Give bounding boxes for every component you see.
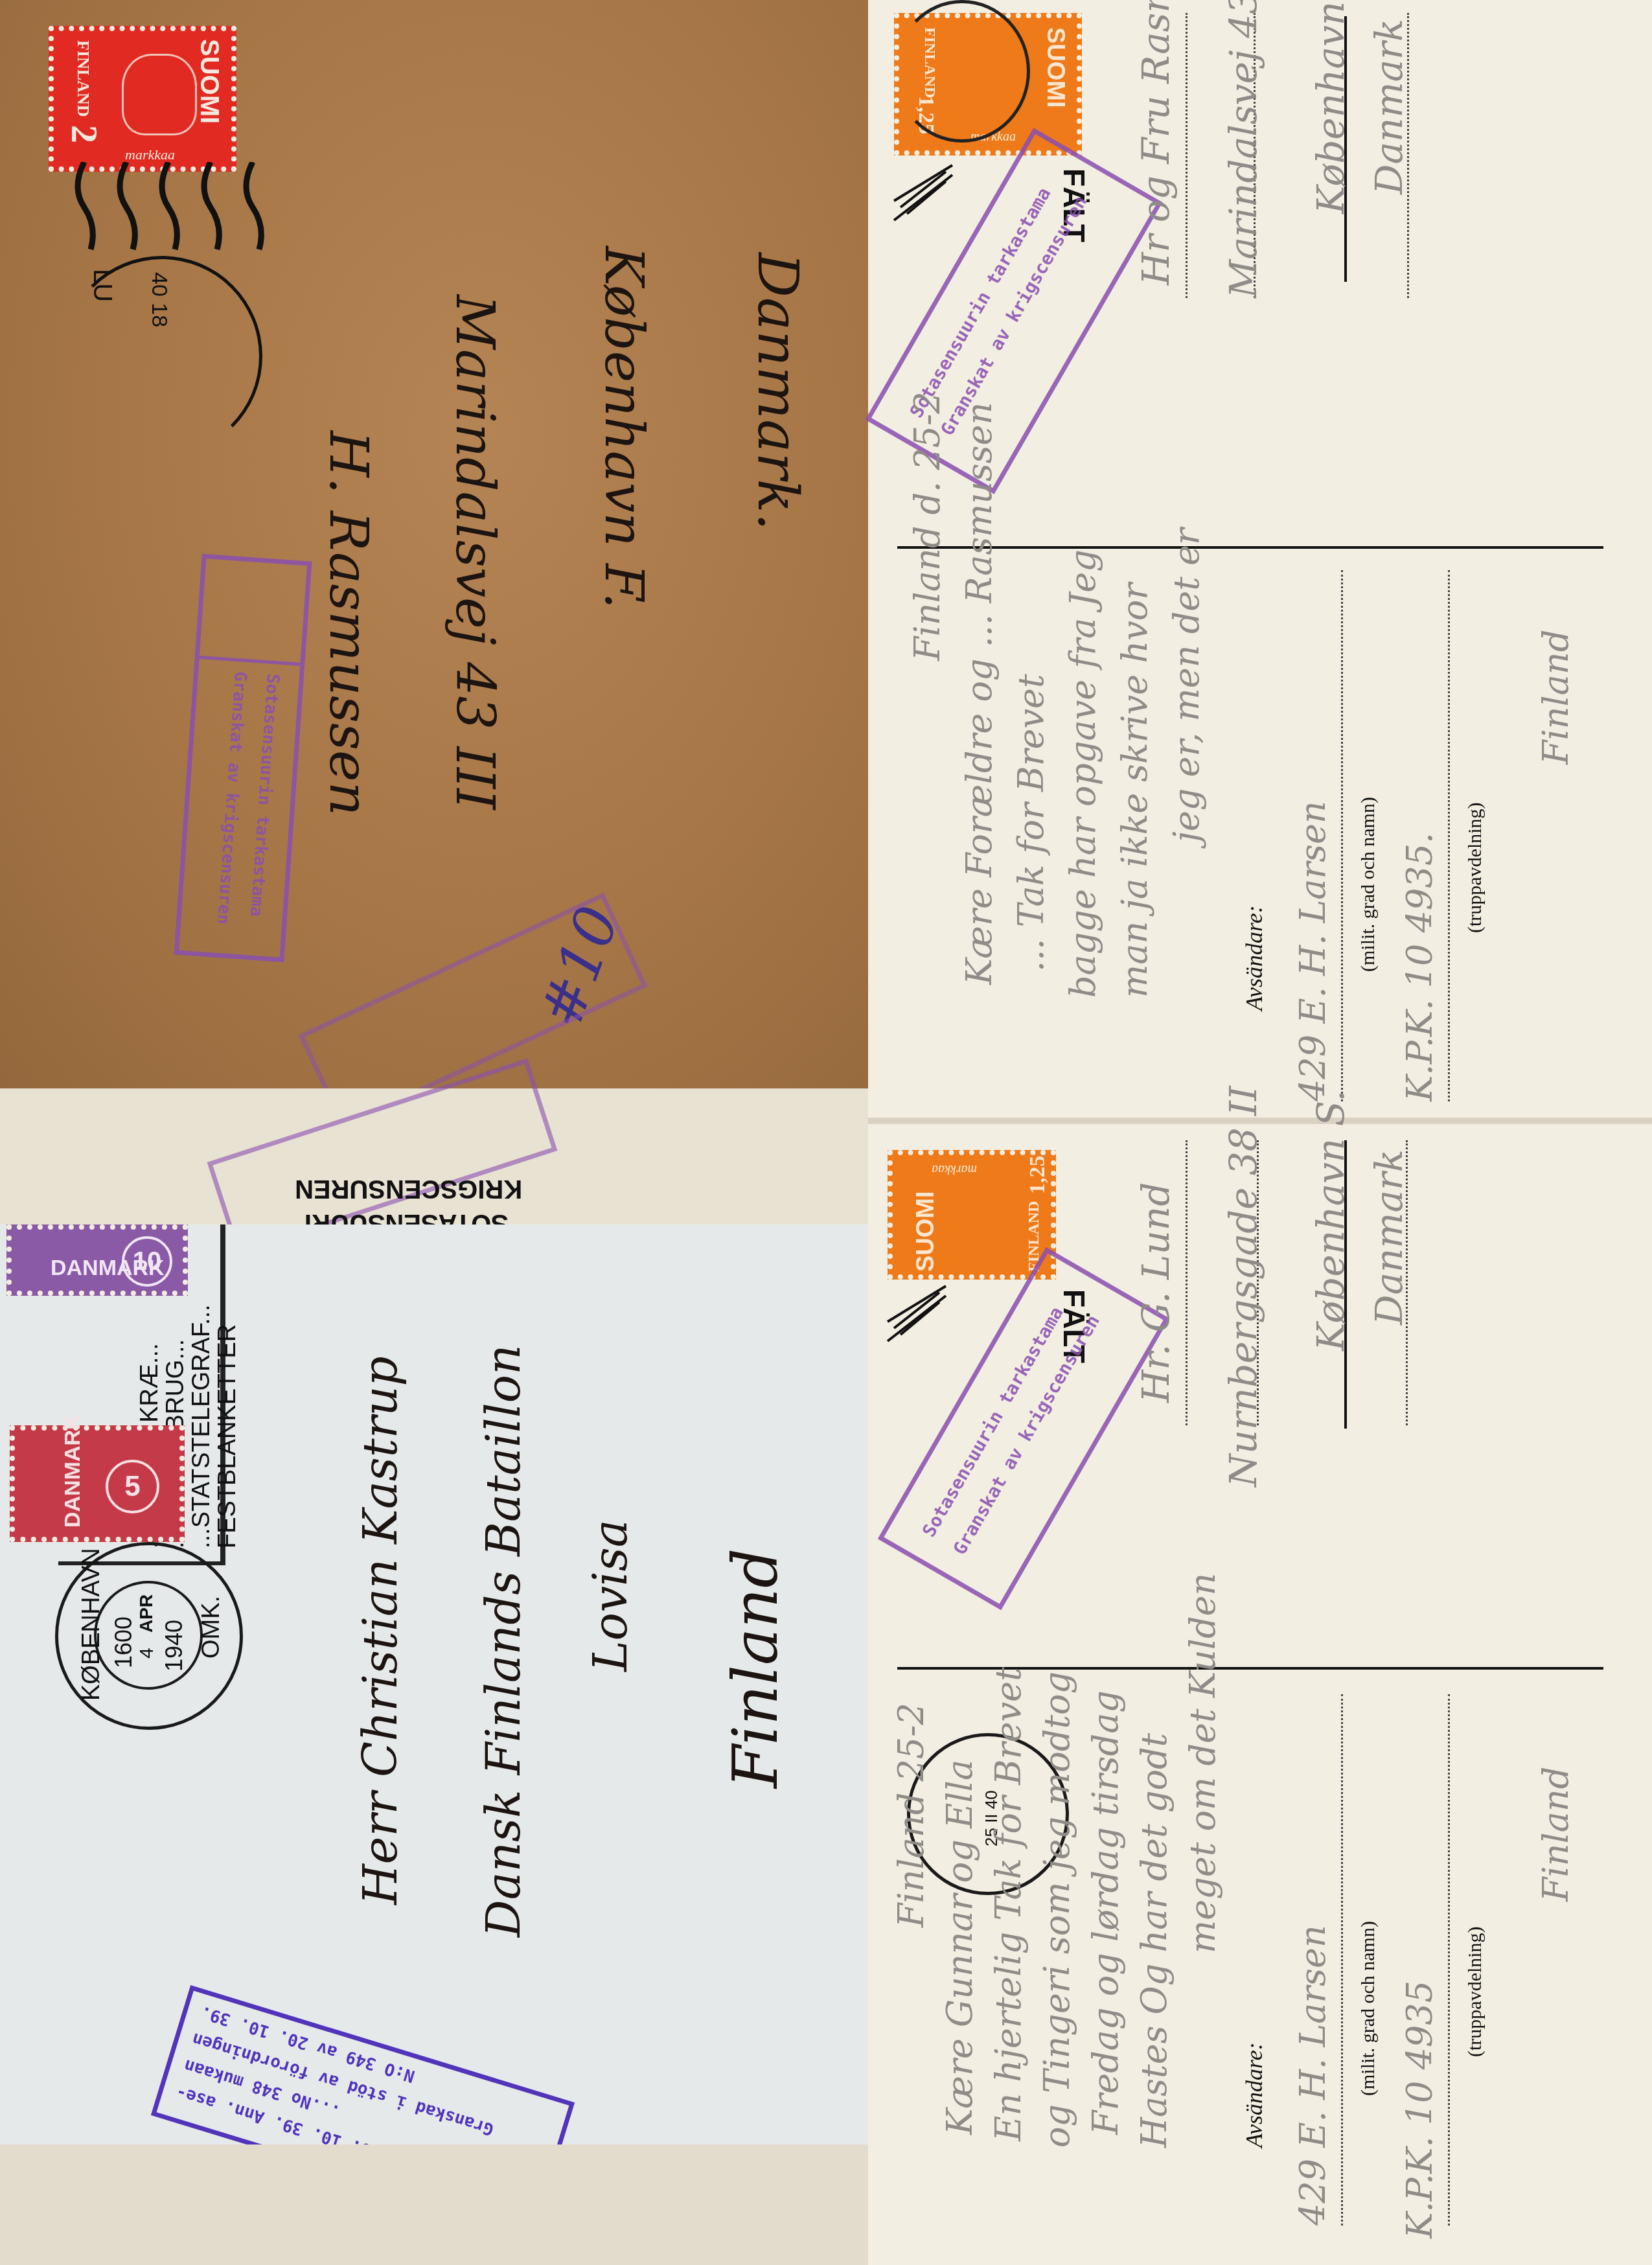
- censor-stamp: Sotasensuurin tarkastama Granskat av kri…: [174, 554, 312, 962]
- stamp-country-side-label: FINLAND: [73, 40, 93, 117]
- postmark-kobenhavn: KØBENHAVN 1600 4 APR 1940 OMK.: [55, 1542, 243, 1730]
- stamp-value: 5: [106, 1460, 159, 1513]
- lion-emblem-icon: [122, 54, 197, 135]
- brown-envelope: SUOMI FINLAND 2 markkaa LU 40 18 H. Rasm…: [0, 0, 868, 1088]
- flags-emblem-icon: [888, 162, 959, 227]
- postmark-oulu: [894, 0, 1030, 143]
- stamp-country-label: SUOMI: [194, 39, 224, 124]
- wavy-cancel-icon: [71, 162, 285, 253]
- address-line-1: Herr Christian Kastrup: [353, 1356, 407, 1905]
- address-line-2: Marindalsvej 43 II: [1221, 0, 1265, 298]
- address-line-3: Lovisa: [583, 1519, 637, 1672]
- address-line-4: Danmark: [1367, 1149, 1411, 1325]
- stamp-danmark-5-ore: DANMARK 5: [10, 1425, 185, 1542]
- message-line-1: Finland d. 25-2: [907, 391, 948, 661]
- address-line-3: København S.: [1309, 1090, 1353, 1351]
- divider-line: [897, 546, 1603, 549]
- address-line-1: Hr. G. Lund: [1134, 1182, 1178, 1403]
- censor-label-strip-bottom: [0, 2144, 868, 2265]
- message-line-3: ... Tak for Brevet: [1011, 674, 1051, 972]
- address-line-3: København F.: [1309, 0, 1353, 214]
- sender-unit-label: (truppavdelning): [1464, 802, 1486, 933]
- message-line-5: Fredag og lørdag tirsdag: [1085, 1690, 1126, 2135]
- postmark-town: LU: [87, 269, 117, 302]
- address-line-2: Dansk Finlands Bataillon: [476, 1344, 531, 1937]
- sender-unit-label: (truppavdelning): [1464, 1926, 1486, 2057]
- message-line-5: man ja ikke skrive hvor: [1114, 583, 1155, 998]
- stamp-finland-2-markkaa: SUOMI FINLAND 2 markkaa: [49, 26, 236, 172]
- message-line-6: Hastes Og har det godt: [1134, 1733, 1175, 2148]
- white-envelope: DANMARK 10 ...EN MOD KRÆ... ...ES VED BR…: [0, 1224, 868, 2144]
- sender-label: Avsändare:: [1241, 2042, 1268, 2148]
- address-line-4: Finland: [719, 1548, 792, 1788]
- sender-country: Finland: [1535, 1767, 1576, 1902]
- stamp-finland-1-25-markkaa: SUOMI FINLAND 1,25 markkaa: [888, 1150, 1056, 1280]
- address-line-4: Danmark.: [745, 253, 810, 531]
- address-line-4: Danmark: [1367, 19, 1411, 194]
- message-line-3: En hjertelig Tak for Brevet: [988, 1667, 1029, 2141]
- sender-name: 429 E. H. Larsen: [1292, 801, 1333, 1101]
- censor-label-krigscensuren: KRIGSCENSUREN: [295, 1174, 522, 1203]
- address-line-1: H. Rasmussen: [317, 431, 379, 816]
- postcard-bottom: SUOMI FINLAND 1,25 markkaa FÄLT Sotasens…: [868, 1124, 1652, 2265]
- sender-name-label: (milit. grad och namn): [1357, 797, 1379, 972]
- message-line-1: Finland 25-2: [891, 1703, 932, 1927]
- address-line-3: København F.: [593, 246, 654, 609]
- address-line-2: Marindalsvej 43 III: [444, 295, 505, 810]
- postcard-top: SUOMI FINLAND 1,25 markkaa FÄLT Sotasens…: [868, 0, 1652, 1118]
- message-line-7: meget om det Kulden: [1182, 1573, 1223, 1953]
- address-line-2: Nurnbergsgade 38 II: [1221, 1086, 1265, 1487]
- message-line-2: Kære Forældre og ... Rasmussen: [959, 402, 1000, 985]
- message-line-2: Kære Gunnar og Ella: [939, 1760, 980, 2135]
- stamp-unit: markkaa: [125, 146, 175, 163]
- stamp-country-label: DANMARK: [60, 1414, 86, 1528]
- message-line-4: og Tingeri som jeg modtog: [1037, 1672, 1077, 2148]
- sender-name-label: (milit. grad och namn): [1357, 1921, 1379, 2096]
- address-line-1: Hr og Fru Rasmussen: [1134, 0, 1178, 285]
- message-line-4: bagge har opgave fra Jeg: [1062, 549, 1103, 998]
- sender-label: Avsändare:: [1241, 905, 1268, 1011]
- censor-label-strip: KRIGSCENSUREN SOTASENSUURI: [0, 1088, 868, 1224]
- sender-unit: K.P.K. 10 4935: [1399, 1981, 1440, 2238]
- sender-unit: K.P.K. 10 4935.: [1399, 833, 1440, 1101]
- stamp-value: 2: [63, 125, 104, 143]
- sender-country: Finland: [1535, 630, 1576, 765]
- flags-emblem-icon: [881, 1283, 952, 1348]
- sender-name: 429 E. H. Larsen: [1292, 1925, 1333, 2225]
- message-line-6: jeg er, men det er: [1166, 528, 1207, 842]
- postmark-date: 40 18: [146, 272, 172, 327]
